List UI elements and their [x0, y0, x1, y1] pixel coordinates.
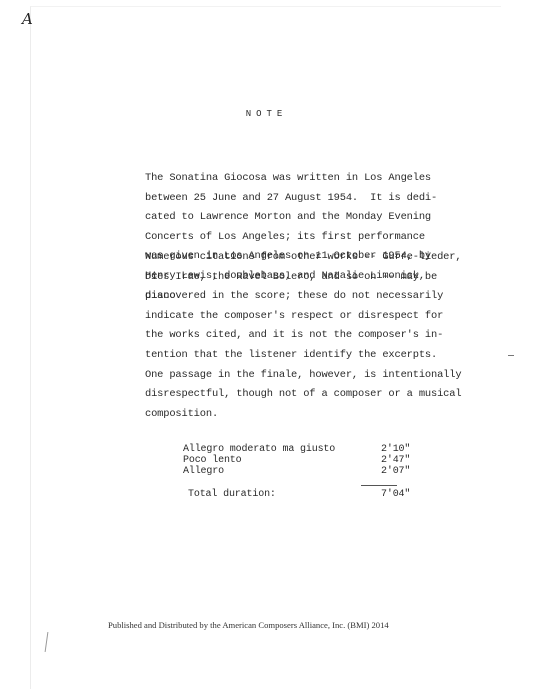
sum-rule	[361, 485, 397, 486]
text-line: between 25 June and 27 August 1954. It i…	[145, 189, 475, 209]
text-line: composition.	[145, 405, 475, 425]
text-line: the works cited, and it is not the compo…	[145, 326, 475, 346]
text-line: tention that the listener identify the e…	[145, 346, 475, 366]
text-line: disrespectful, though not of a composer …	[145, 385, 475, 405]
movement-row: Allegro moderato ma giusto 2'10"	[183, 444, 413, 455]
movement-duration: 2'07"	[381, 466, 413, 477]
movement-name: Allegro moderato ma giusto	[183, 444, 335, 455]
movement-name: Allegro	[183, 466, 224, 477]
text-line: One passage in the finale, however, is i…	[145, 366, 475, 386]
movement-duration: 2'47"	[381, 455, 413, 466]
text-line: cated to Lawrence Morton and the Monday …	[145, 208, 475, 228]
movement-name: Poco lento	[183, 455, 242, 466]
total-label: Total duration:	[188, 489, 276, 500]
text-line: Dies Irae, the Ravel Bolero, and so on -…	[145, 268, 475, 288]
total-duration: 7'04"	[381, 489, 413, 500]
text-line: discovered in the score; these do not ne…	[145, 287, 475, 307]
margin-mark	[508, 355, 514, 356]
movement-row: Allegro 2'07"	[183, 466, 413, 477]
text-line: Numerous citations from other works -- G…	[145, 248, 475, 268]
paragraph-citations: Numerous citations from other works -- G…	[145, 248, 475, 424]
handwritten-mark: A	[22, 10, 33, 28]
total-duration-row: Total duration: 7'04"	[188, 489, 413, 500]
publisher-footer: Published and Distributed by the America…	[108, 620, 389, 630]
movement-list: Allegro moderato ma giusto 2'10" Poco le…	[183, 444, 413, 477]
movement-duration: 2'10"	[381, 444, 413, 455]
text-line: indicate the composer's respect or disre…	[145, 307, 475, 327]
text-line: The Sonatina Giocosa was written in Los …	[145, 169, 475, 189]
page-title: NOTE	[0, 109, 533, 119]
text-line: Concerts of Los Angeles; its first perfo…	[145, 228, 475, 248]
movement-row: Poco lento 2'47"	[183, 455, 413, 466]
